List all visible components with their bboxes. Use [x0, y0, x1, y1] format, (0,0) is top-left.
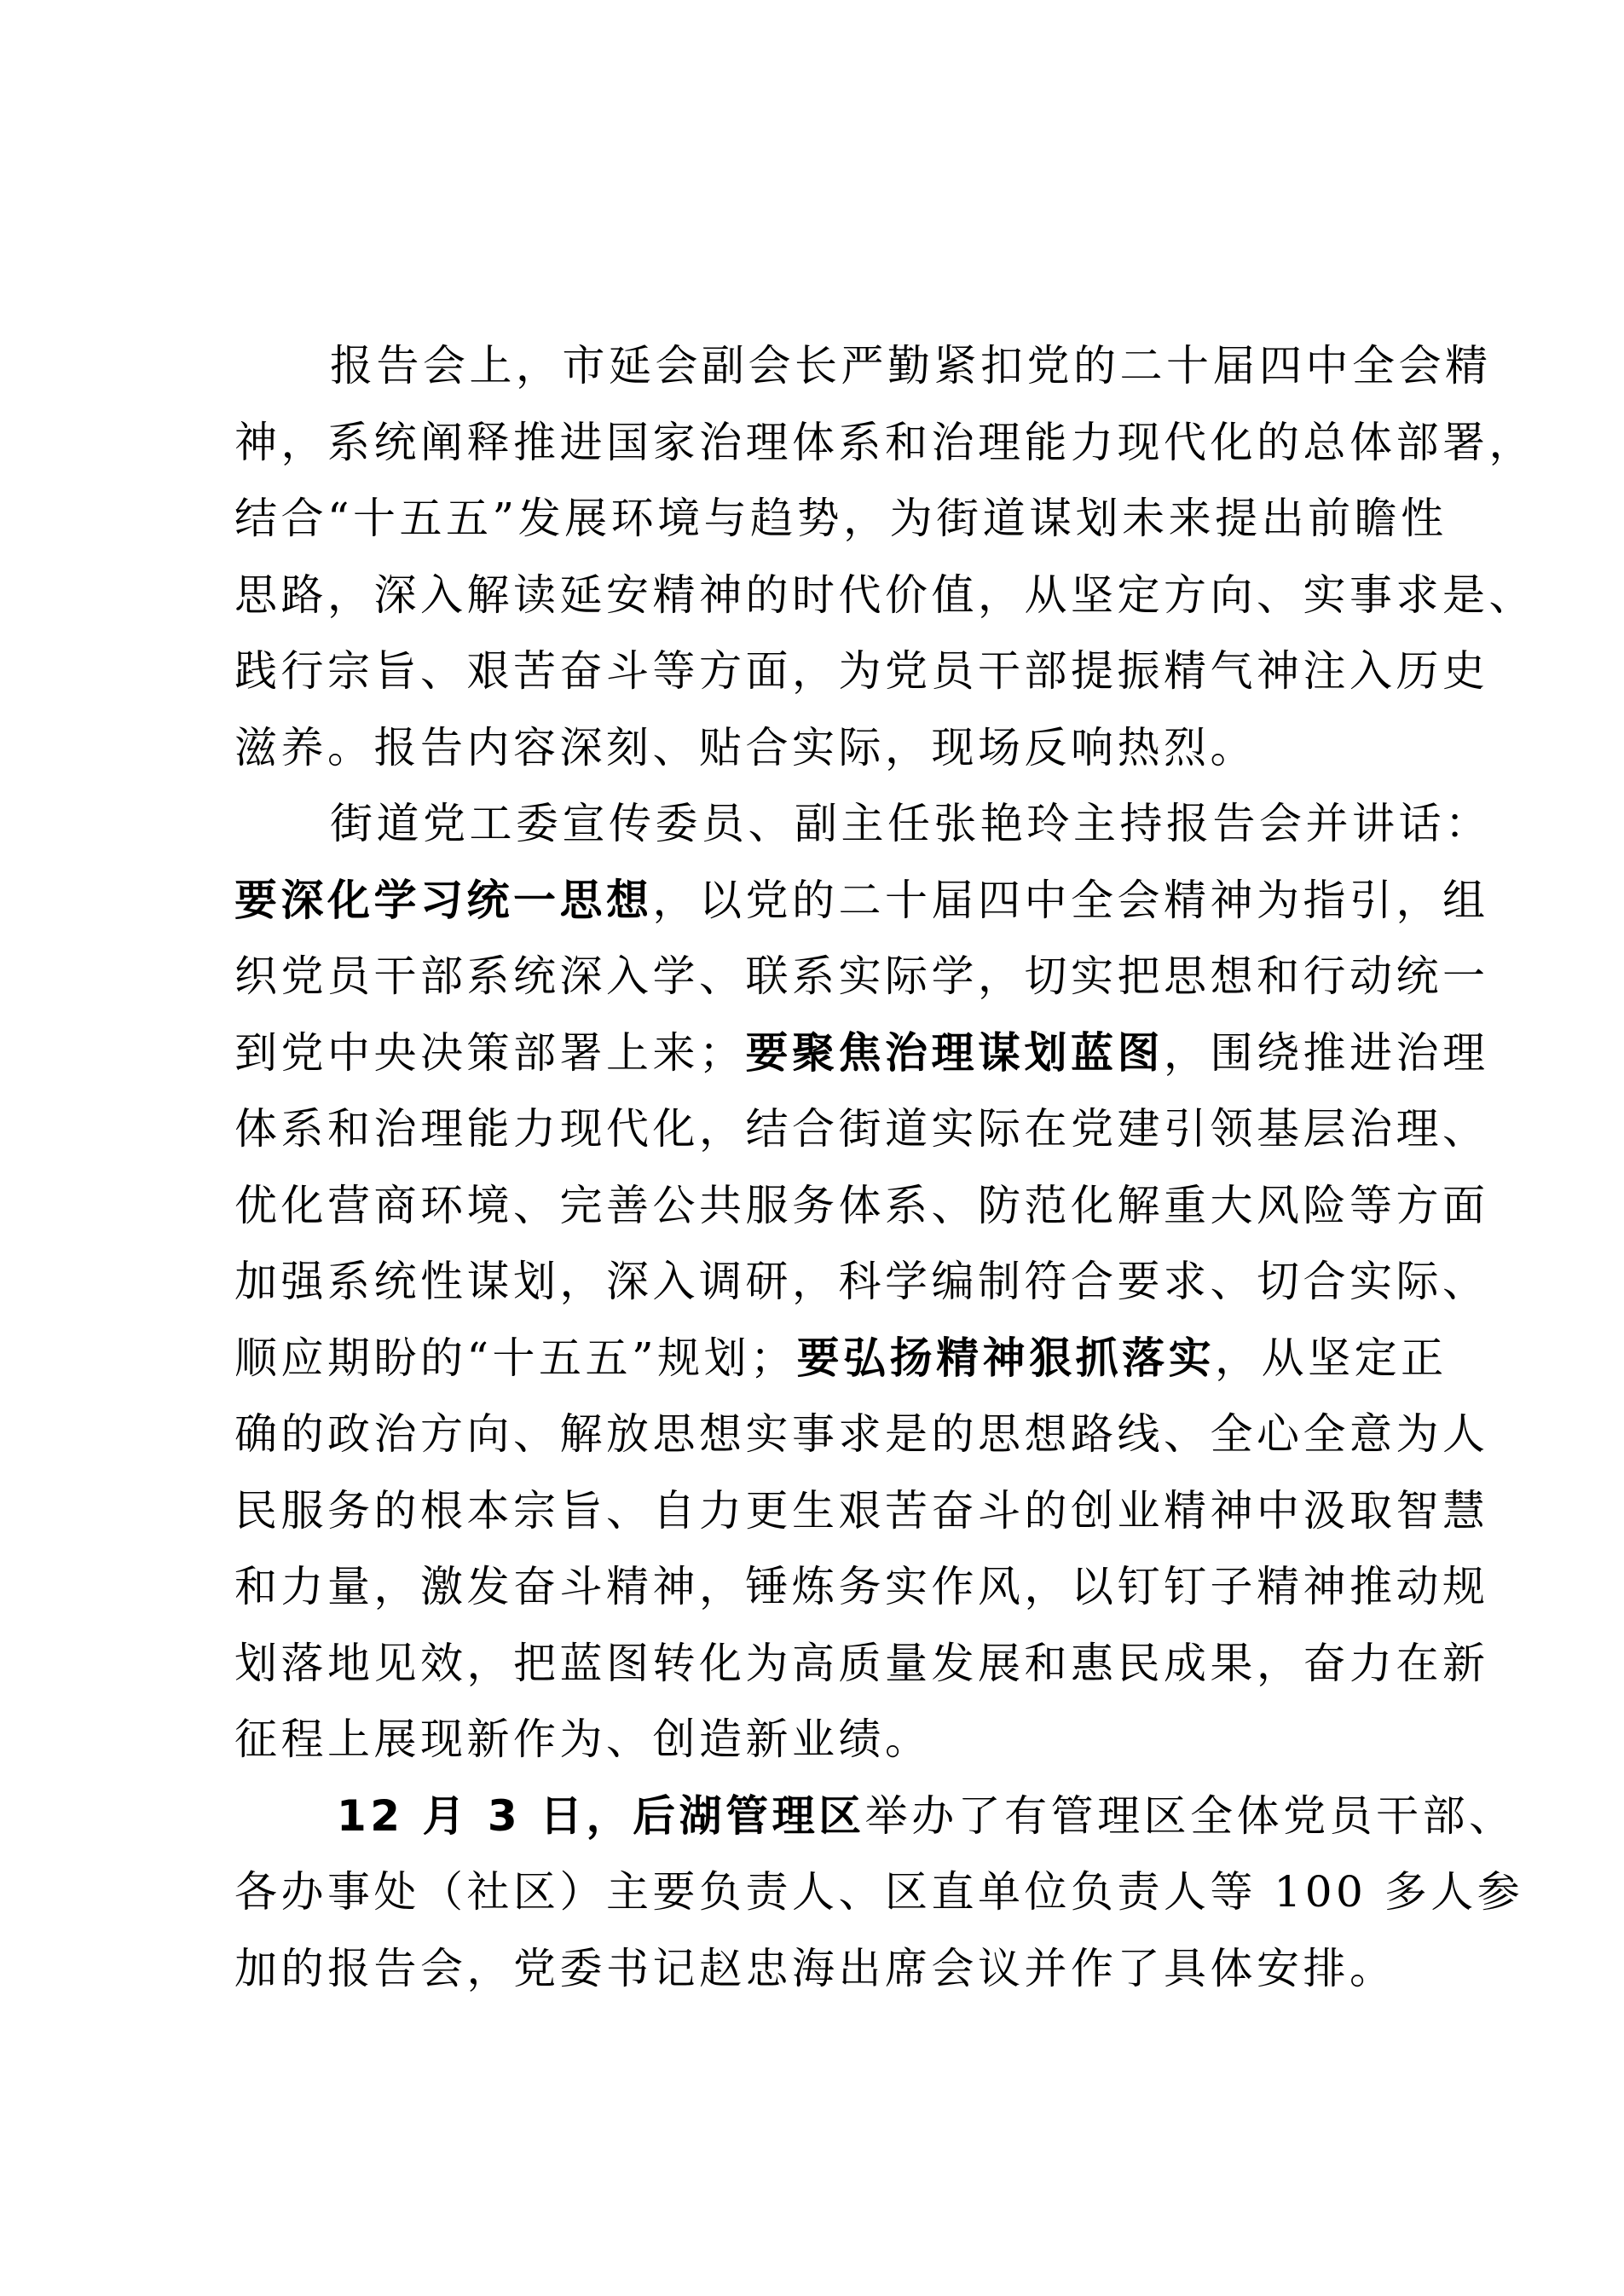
text-run: 体系和治理能力现代化，结合街道实际在党建引领基层治理、: [234, 1104, 1489, 1154]
text-line: 结合“十五五”发展环境与趋势，为街道谋划未来提出前瞻性: [234, 481, 1390, 558]
text-run: 划落地见效，把蓝图转化为高质量发展和惠民成果，奋力在新: [234, 1639, 1489, 1688]
text-line: 优化营商环境、完善公共服务体系、防范化解重大风险等方面: [234, 1168, 1390, 1245]
bold-heading-run: 要深化学习统一思想: [234, 876, 653, 925]
text-line: 顺应期盼的“十五五”规划；要弘扬精神狠抓落实，从坚定正: [234, 1321, 1390, 1397]
text-line: 12 月 3 日，后湖管理区举办了有管理区全体党员干部、: [234, 1778, 1390, 1855]
text-run: 各办事处（社区）主要负责人、区直单位负责人等 100 多人参: [234, 1867, 1523, 1917]
text-line: 和力量，激发奋斗精神，锤炼务实作风，以钉钉子精神推动规: [234, 1549, 1390, 1626]
text-run: 举办了有管理区全体党员干部、: [865, 1791, 1516, 1841]
text-run: 民服务的根本宗旨、自力更生艰苦奋斗的创业精神中汲取智慧: [234, 1486, 1489, 1535]
text-run: 到党中央决策部署上来；: [234, 1028, 746, 1078]
text-line: 街道党工委宣传委员、副主任张艳玲主持报告会并讲话：: [234, 786, 1390, 863]
text-line: 体系和治理能力现代化，结合街道实际在党建引领基层治理、: [234, 1091, 1390, 1168]
bold-date-location-run: 12 月 3 日，后湖管理区: [337, 1791, 865, 1841]
text-run: 征程上展现新作为、创造新业绩。: [234, 1715, 932, 1764]
text-run: ，围绕推进治理: [1164, 1028, 1489, 1078]
text-run: 滋养。报告内容深刻、贴合实际，现场反响热烈。: [234, 723, 1257, 772]
text-line: 思路，深入解读延安精神的时代价值，从坚定方向、实事求是、: [234, 558, 1390, 634]
document-page: 报告会上，市延会副会长严勤紧扣党的二十届四中全会精 神，系统阐释推进国家治理体系…: [0, 0, 1624, 2296]
text-run: 顺应期盼的“十五五”规划；: [234, 1333, 797, 1383]
text-run: 思路，深入解读延安精神的时代价值，从坚定方向、实事求是、: [234, 570, 1535, 620]
text-line: 要深化学习统一思想，以党的二十届四中全会精神为指引，组: [234, 863, 1390, 940]
text-run: 优化营商环境、完善公共服务体系、防范化解重大风险等方面: [234, 1181, 1489, 1230]
paragraph-report-summary: 报告会上，市延会副会长严勤紧扣党的二十届四中全会精 神，系统阐释推进国家治理体系…: [234, 328, 1394, 786]
text-run: 和力量，激发奋斗精神，锤炼务实作风，以钉钉子精神推动规: [234, 1562, 1489, 1611]
text-line: 加强系统性谋划，深入调研，科学编制符合要求、切合实际、: [234, 1244, 1390, 1321]
text-run: 报告会上，市延会副会长严勤紧扣党的二十届四中全会精: [330, 341, 1492, 390]
text-run: 加的报告会，党委书记赵忠海出席会议并作了具体安排。: [234, 1944, 1396, 1993]
text-line: 滋养。报告内容深刻、贴合实际，现场反响热烈。: [234, 710, 1390, 787]
text-line: 民服务的根本宗旨、自力更生艰苦奋斗的创业精神中汲取智慧: [234, 1473, 1390, 1550]
bold-heading-run: 要聚焦治理谋划蓝图: [746, 1028, 1165, 1078]
paragraph-houhu-report: 12 月 3 日，后湖管理区举办了有管理区全体党员干部、 各办事处（社区）主要负…: [234, 1778, 1394, 2008]
document-body: 报告会上，市延会副会长严勤紧扣党的二十届四中全会精 神，系统阐释推进国家治理体系…: [234, 328, 1394, 2007]
text-run: 加强系统性谋划，深入调研，科学编制符合要求、切合实际、: [234, 1257, 1489, 1306]
text-line: 报告会上，市延会副会长严勤紧扣党的二十届四中全会精: [234, 328, 1390, 405]
text-line: 神，系统阐释推进国家治理体系和治理能力现代化的总体部署，: [234, 405, 1390, 482]
text-run: ，以党的二十届四中全会精神为指引，组: [653, 876, 1489, 925]
text-run: 确的政治方向、解放思想实事求是的思想路线、全心全意为人: [234, 1409, 1489, 1459]
text-run: 结合“十五五”发展环境与趋势，为街道谋划未来提出前瞻性: [234, 494, 1448, 543]
text-line: 到党中央决策部署上来；要聚焦治理谋划蓝图，围绕推进治理: [234, 1015, 1390, 1092]
text-line: 确的政治方向、解放思想实事求是的思想路线、全心全意为人: [234, 1397, 1390, 1473]
text-run: 神，系统阐释推进国家治理体系和治理能力现代化的总体部署，: [234, 418, 1535, 467]
text-line: 征程上展现新作为、创造新业绩。: [234, 1702, 1390, 1778]
text-run: 织党员干部系统深入学、联系实际学，切实把思想和行动统一: [234, 951, 1489, 1001]
text-run: 践行宗旨、艰苦奋斗等方面，为党员干部提振精气神注入历史: [234, 646, 1489, 696]
bold-heading-run: 要弘扬精神狠抓落实: [797, 1333, 1216, 1383]
text-line: 践行宗旨、艰苦奋斗等方面，为党员干部提振精气神注入历史: [234, 633, 1390, 710]
text-line: 各办事处（社区）主要负责人、区直单位负责人等 100 多人参: [234, 1854, 1390, 1931]
text-run: 街道党工委宣传委员、副主任张艳玲主持报告会并讲话：: [330, 799, 1492, 848]
paragraph-host-speech: 街道党工委宣传委员、副主任张艳玲主持报告会并讲话： 要深化学习统一思想，以党的二…: [234, 786, 1394, 1778]
text-line: 划落地见效，把蓝图转化为高质量发展和惠民成果，奋力在新: [234, 1626, 1390, 1703]
text-line: 织党员干部系统深入学、联系实际学，切实把思想和行动统一: [234, 939, 1390, 1015]
text-run: ，从坚定正: [1215, 1333, 1448, 1383]
text-line: 加的报告会，党委书记赵忠海出席会议并作了具体安排。: [234, 1931, 1390, 2008]
